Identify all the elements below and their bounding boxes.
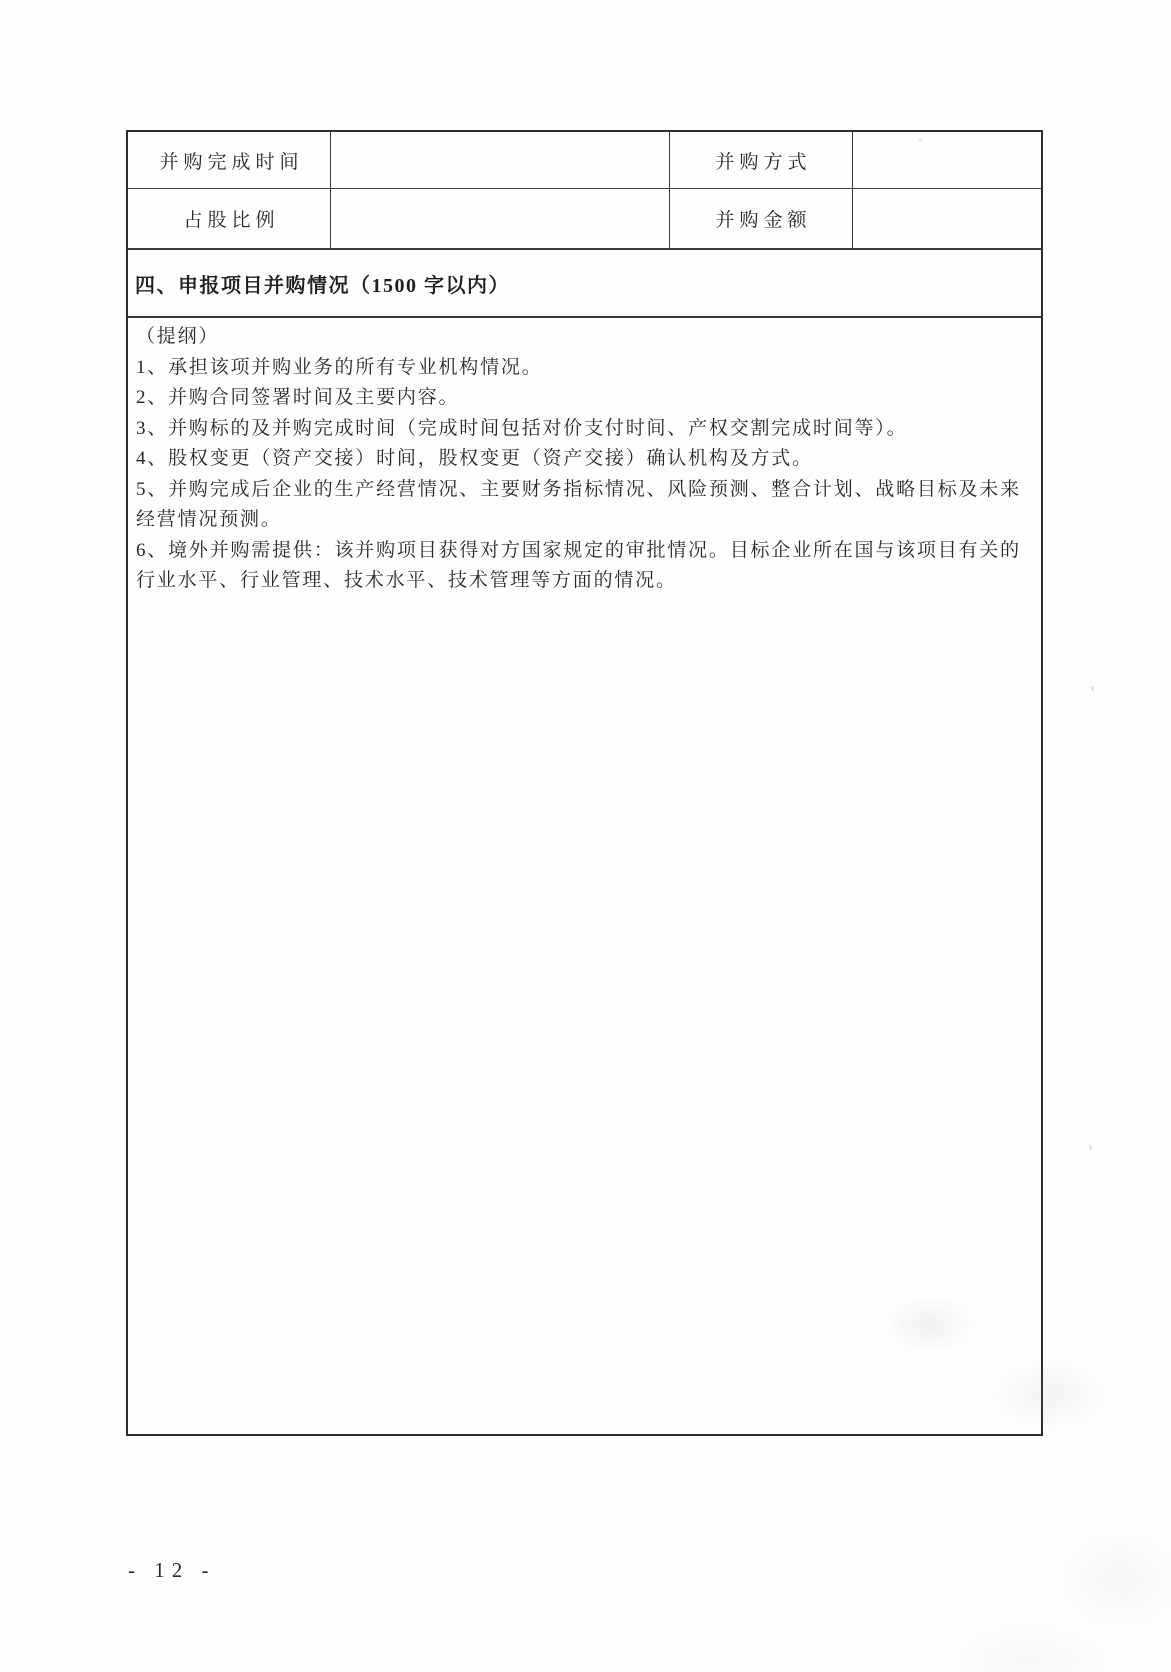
shareholding-ratio-label: 占股比例 [128, 189, 331, 250]
merger-info-table: 并购完成时间 并购方式 占股比例 并购金额 四、申报项目并购情况（1500 字以… [126, 130, 1043, 1436]
outline-item: 6、境外并购需提供：该并购项目获得对方国家规定的审批情况。目标企业所在国与该项目… [136, 536, 1035, 597]
merger-method-value [853, 132, 1041, 189]
merger-amount-value [853, 189, 1041, 250]
merger-method-label: 并购方式 [670, 132, 853, 189]
outline-content: （提纲） 1、承担该项并购业务的所有专业机构情况。 2、并购合同签署时间及主要内… [128, 318, 1041, 1434]
merger-completion-time-label: 并购完成时间 [128, 132, 331, 189]
page-number: - 12 - [128, 1558, 216, 1583]
shareholding-ratio-value [331, 189, 670, 250]
merger-amount-label: 并购金额 [670, 189, 853, 250]
merger-completion-time-value [331, 132, 670, 189]
outline-item: 5、并购完成后企业的生产经营情况、主要财务指标情况、风险预测、整合计划、战略目标… [136, 475, 1035, 536]
outline-item: 2、并购合同签署时间及主要内容。 [136, 383, 1035, 414]
outline-item: 1、承担该项并购业务的所有专业机构情况。 [136, 353, 1035, 384]
document-page: 并购完成时间 并购方式 占股比例 并购金额 四、申报项目并购情况（1500 字以… [0, 0, 1171, 1672]
section-title: 四、申报项目并购情况（1500 字以内） [128, 250, 1041, 318]
outline-item: 3、并购标的及并购完成时间（完成时间包括对价支付时间、产权交割完成时间等）。 [136, 414, 1035, 445]
outline-heading: （提纲） [136, 322, 1035, 353]
outline-item: 4、股权变更（资产交接）时间，股权变更（资产交接）确认机构及方式。 [136, 444, 1035, 475]
